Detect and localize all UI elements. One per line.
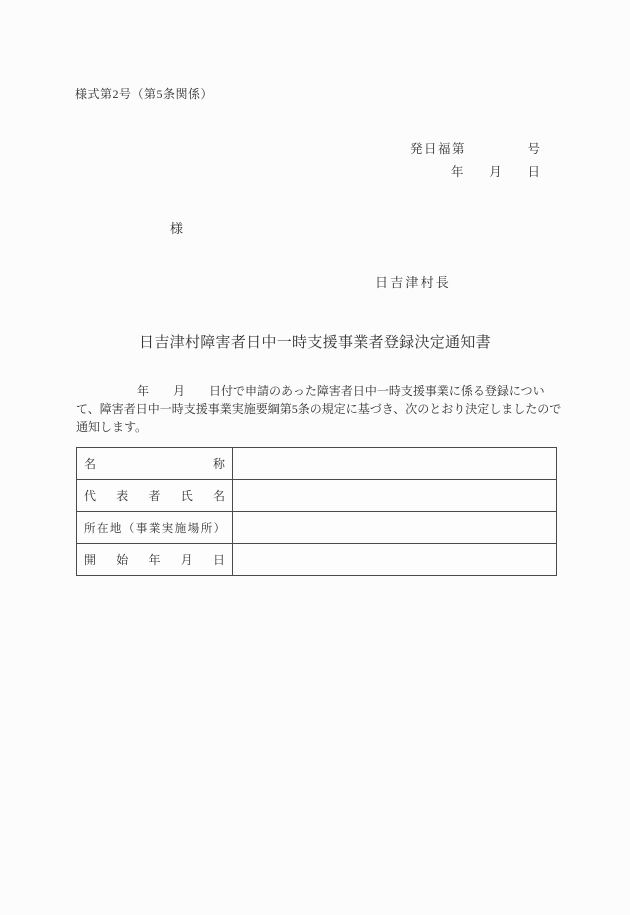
body-line: 年 月 日付で申請のあった障害者日中一時支援事業に係る登録につい <box>76 382 568 400</box>
document-page: 様式第2号（第5条関係） 発日福第 号 年 月 日 様 日吉津村長 日吉津村障害… <box>0 0 630 915</box>
registration-table: 名称 代表者氏名 所在地（事業実施場所） 開始年月日 <box>76 447 557 576</box>
body-line: 通知します。 <box>76 418 568 436</box>
sender-title: 日吉津村長 <box>375 272 451 291</box>
issue-date-line: 年 月 日 <box>451 162 540 180</box>
doc-number-line: 発日福第 号 <box>410 139 540 157</box>
recipient-honorific: 様 <box>170 218 183 237</box>
month-label: 月 <box>489 162 502 180</box>
row-label-location: 所在地（事業実施場所） <box>77 512 233 544</box>
row-label-representative: 代表者氏名 <box>77 480 233 512</box>
row-value-start-date <box>233 544 557 576</box>
row-label-name: 名称 <box>77 448 233 480</box>
row-value-name <box>233 448 557 480</box>
day-label: 日 <box>527 162 540 180</box>
body-line: て、障害者日中一時支援事業実施要綱第5条の規定に基づき、次のとおり決定しましたの… <box>76 400 568 418</box>
table-row: 名称 <box>77 448 557 480</box>
row-label-start-date: 開始年月日 <box>77 544 233 576</box>
table-row: 代表者氏名 <box>77 480 557 512</box>
document-title: 日吉津村障害者日中一時支援事業者登録決定通知書 <box>0 331 630 352</box>
row-value-location <box>233 512 557 544</box>
row-value-representative <box>233 480 557 512</box>
doc-number-prefix: 発日福第 <box>410 139 466 157</box>
year-label: 年 <box>451 162 464 180</box>
form-number-label: 様式第2号（第5条関係） <box>75 85 213 102</box>
doc-number-suffix: 号 <box>527 139 540 157</box>
body-paragraph: 年 月 日付で申請のあった障害者日中一時支援事業に係る登録につい て、障害者日中… <box>76 382 568 436</box>
table-row: 所在地（事業実施場所） <box>77 512 557 544</box>
table-row: 開始年月日 <box>77 544 557 576</box>
